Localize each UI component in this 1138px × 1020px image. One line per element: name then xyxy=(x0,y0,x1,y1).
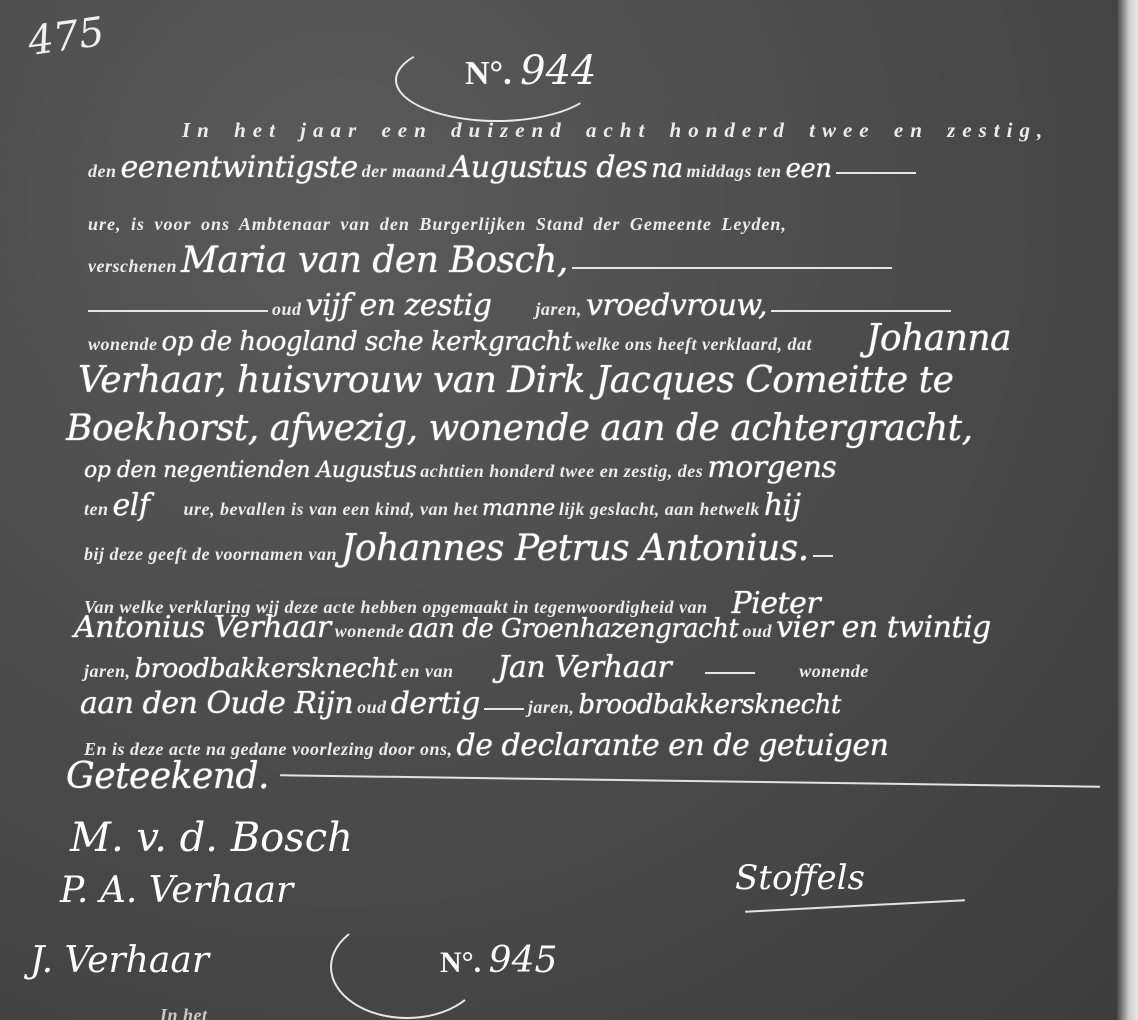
printed-text: ten xyxy=(84,499,109,519)
signature-declarant: M. v. d. Bosch xyxy=(70,815,353,861)
signature-registrar: Stoffels xyxy=(735,858,865,898)
handwritten-ampm: na xyxy=(651,154,682,184)
act-number: N°. 944 xyxy=(465,48,597,94)
document-page: 475 N°. 944 In het jaar een duizend acht… xyxy=(0,0,1138,1020)
margin-folio-number: 475 xyxy=(25,9,107,65)
text-line-1: In het jaar een duizend acht honderd twe… xyxy=(182,118,1049,143)
next-act-number: N°. 945 xyxy=(440,940,557,981)
text-line-4: verschenen Maria van den Bosch, xyxy=(88,240,892,281)
act-number-value: 944 xyxy=(520,48,596,94)
printed-text: wonende xyxy=(335,621,405,641)
printed-text: jaren, xyxy=(528,697,575,717)
fill-line xyxy=(484,708,524,710)
handwritten-witness1-occupation: broodbakkersknecht xyxy=(135,654,397,684)
fill-line xyxy=(813,555,833,557)
page-edge xyxy=(1116,0,1138,1020)
printed-text: oud xyxy=(357,697,387,717)
next-entry-start: In het xyxy=(160,1005,208,1020)
fill-line xyxy=(572,267,892,269)
handwritten-declarant-name: Maria van den Bosch, xyxy=(181,240,568,281)
handwritten-day: eenentwintigste xyxy=(121,150,358,185)
text-line-11: bij deze geeft de voornamen van Johannes… xyxy=(84,528,833,569)
fill-line xyxy=(705,672,755,674)
text-line-15: aan den Oude Rijn oud dertig jaren, broo… xyxy=(80,686,841,721)
text-line-7: Verhaar, huisvrouw van Dirk Jacques Come… xyxy=(78,360,953,401)
handwritten-birth-hour: elf xyxy=(113,488,150,523)
next-act-number-value: 945 xyxy=(489,940,558,981)
next-act-number-label: N°. xyxy=(440,946,481,979)
printed-text: lijk geslacht, aan hetwelk xyxy=(559,499,760,519)
printed-text: verschenen xyxy=(88,256,177,276)
handwritten-mother-firstname: Johanna xyxy=(866,318,1011,359)
printed-text: jaren, xyxy=(84,661,131,681)
printed-text: oud xyxy=(272,299,302,319)
fill-line xyxy=(836,172,916,174)
handwritten-witness1-name: Antonius Verhaar xyxy=(74,610,331,645)
handwritten-month: Augustus des xyxy=(450,150,648,185)
closing-rule xyxy=(280,774,1100,787)
handwritten-witness1-residence: aan de Groenhazengracht xyxy=(408,614,738,644)
handwritten-pronoun: hij xyxy=(764,488,801,523)
printed-text: oud xyxy=(742,621,772,641)
printed-text: achttien honderd twee en zestig, des xyxy=(420,461,703,481)
handwritten-witness2-residence: aan den Oude Rijn xyxy=(80,686,353,721)
printed-text: middags ten xyxy=(686,161,781,181)
handwritten-witness1-age: vier en twintig xyxy=(776,610,991,645)
registrar-underline xyxy=(745,899,965,913)
text-line-2: den eenentwintigste der maand Augustus d… xyxy=(88,150,916,185)
handwritten-residence: op de hoogland sche kerkgracht xyxy=(162,327,572,357)
printed-text: jaren, xyxy=(535,299,582,319)
handwritten-witness2-name: Jan Verhaar xyxy=(498,650,672,685)
text-line-8: Boekhorst, afwezig, wonende aan de achte… xyxy=(66,408,973,449)
text-line-6: wonende op de hoogland sche kerkgracht w… xyxy=(88,318,1011,359)
handwritten-child-names: Johannes Petrus Antonius. xyxy=(341,528,809,569)
handwritten-hour: een xyxy=(785,154,831,184)
text-line-10: ten elf ure, bevallen is van een kind, v… xyxy=(84,488,801,523)
printed-text: ure, bevallen is van een kind, van het xyxy=(183,499,478,519)
signature-witness-1: P. A. Verhaar xyxy=(60,870,293,911)
handwritten-sex: manne xyxy=(482,496,555,521)
printed-text: der maand xyxy=(362,161,446,181)
printed-text: wonende xyxy=(88,334,158,354)
printed-text: wonende xyxy=(799,661,869,681)
text-line-3: ure, is voor ons Ambtenaar van den Burge… xyxy=(88,214,787,235)
signature-witness-2: J. Verhaar xyxy=(30,940,209,981)
handwritten-signers: de declarante en de getuigen xyxy=(457,728,889,763)
fill-line xyxy=(771,310,951,312)
handwritten-time-of-day: morgens xyxy=(707,450,836,485)
text-line-13: Antonius Verhaar wonende aan de Groenhaz… xyxy=(74,610,991,645)
text-line-9: op den negentienden Augustus achttien ho… xyxy=(84,450,836,485)
handwritten-birthdate: op den negentienden Augustus xyxy=(84,458,416,483)
handwritten-witness2-age: dertig xyxy=(391,686,480,721)
fill-line xyxy=(88,310,268,312)
printed-text: bij deze geeft de voornamen van xyxy=(84,544,337,564)
text-line-14: jaren, broodbakkersknecht en van Jan Ver… xyxy=(84,650,869,685)
handwritten-witness2-occupation: broodbakkersknecht xyxy=(578,690,840,720)
printed-text: welke ons heeft verklaard, dat xyxy=(576,334,812,354)
text-line-17: Geteekend. xyxy=(66,756,269,797)
printed-text: den xyxy=(88,161,117,181)
printed-text: en van xyxy=(401,661,454,681)
act-number-label: N°. xyxy=(465,55,512,92)
